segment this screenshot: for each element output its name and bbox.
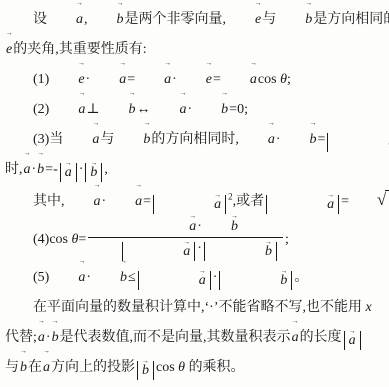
vector-arrow-icon: → xyxy=(282,120,317,127)
vector-b: →b xyxy=(19,353,28,383)
vector-arrow-icon: → xyxy=(43,348,50,355)
vector-letter: a xyxy=(92,132,99,147)
vector-arrow-icon: → xyxy=(349,328,356,335)
vector-letter: a xyxy=(135,194,142,209)
vector-a: →a xyxy=(151,95,188,125)
vector-arrow-icon: → xyxy=(50,60,85,67)
vector-letter: a xyxy=(268,132,275,147)
vector-letter: b xyxy=(305,12,312,27)
vector-arrow-icon: → xyxy=(177,60,212,67)
vector-arrow-icon: → xyxy=(24,150,31,157)
vector-letter: a xyxy=(183,244,190,259)
math-variable: θ xyxy=(178,360,185,375)
vector-letter: b xyxy=(143,132,150,147)
vector-e: →e xyxy=(5,35,13,65)
vector-a: →a xyxy=(239,125,276,155)
text-line-9: (5)→a·→b≤→a·→b。 xyxy=(5,263,386,293)
vector-arrow-icon: → xyxy=(6,30,13,37)
vector-letter: a xyxy=(214,197,221,212)
vector-letter: a xyxy=(65,165,72,180)
vector-arrow-icon: → xyxy=(115,120,150,127)
absolute-value: →a xyxy=(266,195,339,214)
vector-arrow-icon: → xyxy=(360,130,389,137)
vector-a: →a xyxy=(63,125,100,155)
text-line-8: (4)cos θ=→a·→b→a·→b; xyxy=(5,217,386,263)
vector-a: →a xyxy=(160,218,197,236)
vector-letter: a xyxy=(38,330,45,345)
vector-b: →b xyxy=(51,323,60,353)
vector-arrow-icon: → xyxy=(64,120,99,127)
vector-arrow-icon: → xyxy=(20,348,27,355)
vector-arrow-icon: → xyxy=(152,90,187,97)
vector-arrow-icon: → xyxy=(90,160,97,167)
vector-arrow-icon: → xyxy=(252,268,287,275)
vector-letter: b xyxy=(117,12,124,27)
vector-b: →b xyxy=(91,263,128,293)
math-variable: x xyxy=(366,300,372,315)
vector-b: →b xyxy=(192,95,229,125)
vector-letter: a xyxy=(43,360,50,375)
vector-a: →a xyxy=(42,353,51,383)
vector-letter: a xyxy=(94,194,101,209)
absolute-value: →a xyxy=(122,242,195,261)
vector-letter: b xyxy=(280,273,287,288)
vector-arrow-icon: → xyxy=(186,192,221,199)
vector-letter: e xyxy=(6,42,12,57)
vector-b: →b xyxy=(89,165,98,181)
vector-letter: b xyxy=(37,162,44,177)
vector-letter: a xyxy=(164,72,171,87)
vector-a: →a xyxy=(49,263,86,293)
absolute-value: →a xyxy=(60,163,77,182)
vector-letter: b xyxy=(20,360,27,375)
vector-letter: b xyxy=(129,102,136,117)
vector-letter: b xyxy=(52,330,59,345)
text-line-11: 代替;→a·→b是代表数值,而不是向量,其数量积表示→a的长度→a xyxy=(5,323,386,353)
vector-arrow-icon: → xyxy=(292,318,299,325)
radicand: →a2 xyxy=(385,190,389,209)
vector-arrow-icon: → xyxy=(227,0,262,7)
vector-arrow-icon: → xyxy=(101,90,136,97)
absolute-value: →b xyxy=(137,361,154,380)
vector-arrow-icon: → xyxy=(66,182,101,189)
vector-a: →a xyxy=(291,323,300,353)
vector-arrow-icon: → xyxy=(203,213,238,220)
vector-letter: a xyxy=(119,72,126,87)
absolute-value: →a xyxy=(327,133,389,152)
vector-arrow-icon: → xyxy=(92,258,127,265)
math-variable: θ xyxy=(72,232,79,247)
vector-b: →b xyxy=(276,5,313,35)
vector-arrow-icon: → xyxy=(171,268,206,275)
vector-letter: a xyxy=(24,162,31,177)
vector-a: →a xyxy=(106,187,143,217)
vector-letter: a xyxy=(199,273,206,288)
document-page: 设→a,→b是两个非零向量,→e与→b是方向相同的单位向量,θ 是→a和→e的夹… xyxy=(0,0,389,387)
vector-arrow-icon: → xyxy=(136,60,171,67)
vector-arrow-icon: → xyxy=(237,239,272,246)
vector-arrow-icon: → xyxy=(222,60,257,67)
vector-letter: a xyxy=(189,219,196,234)
text-line-10: 在平面向量的数量积计算中,‘·’不能省略不写,也不能用 x xyxy=(5,293,386,323)
vector-arrow-icon: → xyxy=(91,60,126,67)
vector-b: →b xyxy=(236,244,273,260)
fraction-numerator: →a·→b xyxy=(88,218,283,237)
vector-arrow-icon: → xyxy=(155,239,190,246)
vector-letter: a xyxy=(78,270,85,285)
vector-arrow-icon: → xyxy=(161,213,196,220)
vector-letter: b xyxy=(265,244,272,259)
vector-letter: a xyxy=(292,330,299,345)
vector-arrow-icon: → xyxy=(38,318,45,325)
vector-letter: b xyxy=(310,132,317,147)
vector-arrow-icon: → xyxy=(65,160,72,167)
square-root: √→a2 xyxy=(349,185,389,217)
vector-a: →a xyxy=(298,197,335,213)
vector-arrow-icon: → xyxy=(52,318,59,325)
absolute-value: →a xyxy=(344,331,361,350)
vector-b: →b xyxy=(36,155,45,185)
vector-b: →b xyxy=(141,363,150,379)
vector-a: →a xyxy=(154,244,191,260)
vector-a: →a xyxy=(64,165,73,181)
absolute-value: →b xyxy=(219,271,292,290)
vector-letter: e xyxy=(255,12,261,27)
vector-a: →a xyxy=(65,187,102,217)
vector-b: →b xyxy=(202,218,239,236)
absolute-value: →a xyxy=(138,271,211,290)
vector-arrow-icon: → xyxy=(193,90,228,97)
vector-arrow-icon: → xyxy=(89,0,124,7)
text-content: 设→a,→b是两个非零向量,→e与→b是方向相同的单位向量,θ 是→a和→e的夹… xyxy=(5,5,386,383)
vector-arrow-icon: → xyxy=(277,0,312,7)
vector-letter: e xyxy=(78,72,84,87)
vector-e: →e xyxy=(226,5,262,35)
superscript: 2 xyxy=(228,191,233,201)
vector-a: →a xyxy=(348,333,357,349)
text-line-1: 设→a,→b是两个非零向量,→e与→b是方向相同的单位向量,θ 是→a和 xyxy=(5,5,386,35)
absolute-value: →b xyxy=(204,242,277,261)
vector-arrow-icon: → xyxy=(240,120,275,127)
vector-arrow-icon: → xyxy=(37,150,44,157)
vector-a: →a xyxy=(23,155,32,185)
vector-letter: a xyxy=(250,72,257,87)
vector-letter: b xyxy=(231,219,238,234)
vector-letter: b xyxy=(120,270,127,285)
vector-letter: b xyxy=(221,102,228,117)
vector-letter: a xyxy=(327,197,334,212)
text-line-5: (3)当→a与→b的方向相同时,→a·→b=→a·→b;若→a与→b的方向相反 xyxy=(5,125,386,155)
vector-letter: b xyxy=(90,165,97,180)
vector-letter: e xyxy=(206,72,212,87)
vector-b: →b xyxy=(114,125,151,155)
vector-a: →a xyxy=(47,5,84,35)
vector-arrow-icon: → xyxy=(299,192,334,199)
vector-arrow-icon: → xyxy=(142,358,149,365)
text-line-6: 时,→a·→b=-→a·→b, xyxy=(5,155,386,185)
vector-arrow-icon: → xyxy=(48,0,83,7)
math-variable: θ xyxy=(280,72,287,87)
vector-arrow-icon: → xyxy=(107,182,142,189)
vector-letter: b xyxy=(142,363,149,378)
fraction: →a·→b→a·→b xyxy=(88,218,283,261)
vector-letter: a xyxy=(180,102,187,117)
vector-letter: a xyxy=(78,102,85,117)
vector-b: →b xyxy=(88,5,125,35)
vector-b: →b xyxy=(281,125,318,155)
vector-b: →b xyxy=(251,273,288,289)
vector-arrow-icon: → xyxy=(50,258,85,265)
vector-a: →a xyxy=(359,135,389,151)
text-line-4: (2)→a⊥→b↔→a·→b=0; xyxy=(5,95,386,125)
vector-a: →a xyxy=(170,273,207,289)
vector-a: →a xyxy=(185,197,222,213)
vector-arrow-icon: → xyxy=(50,90,85,97)
vector-letter: a xyxy=(76,12,83,27)
vector-letter: a xyxy=(349,333,356,348)
text-line-12: 与→b在→a方向上的投影→bcos θ 的乘积。 xyxy=(5,353,386,383)
absolute-value: →b xyxy=(85,163,102,182)
